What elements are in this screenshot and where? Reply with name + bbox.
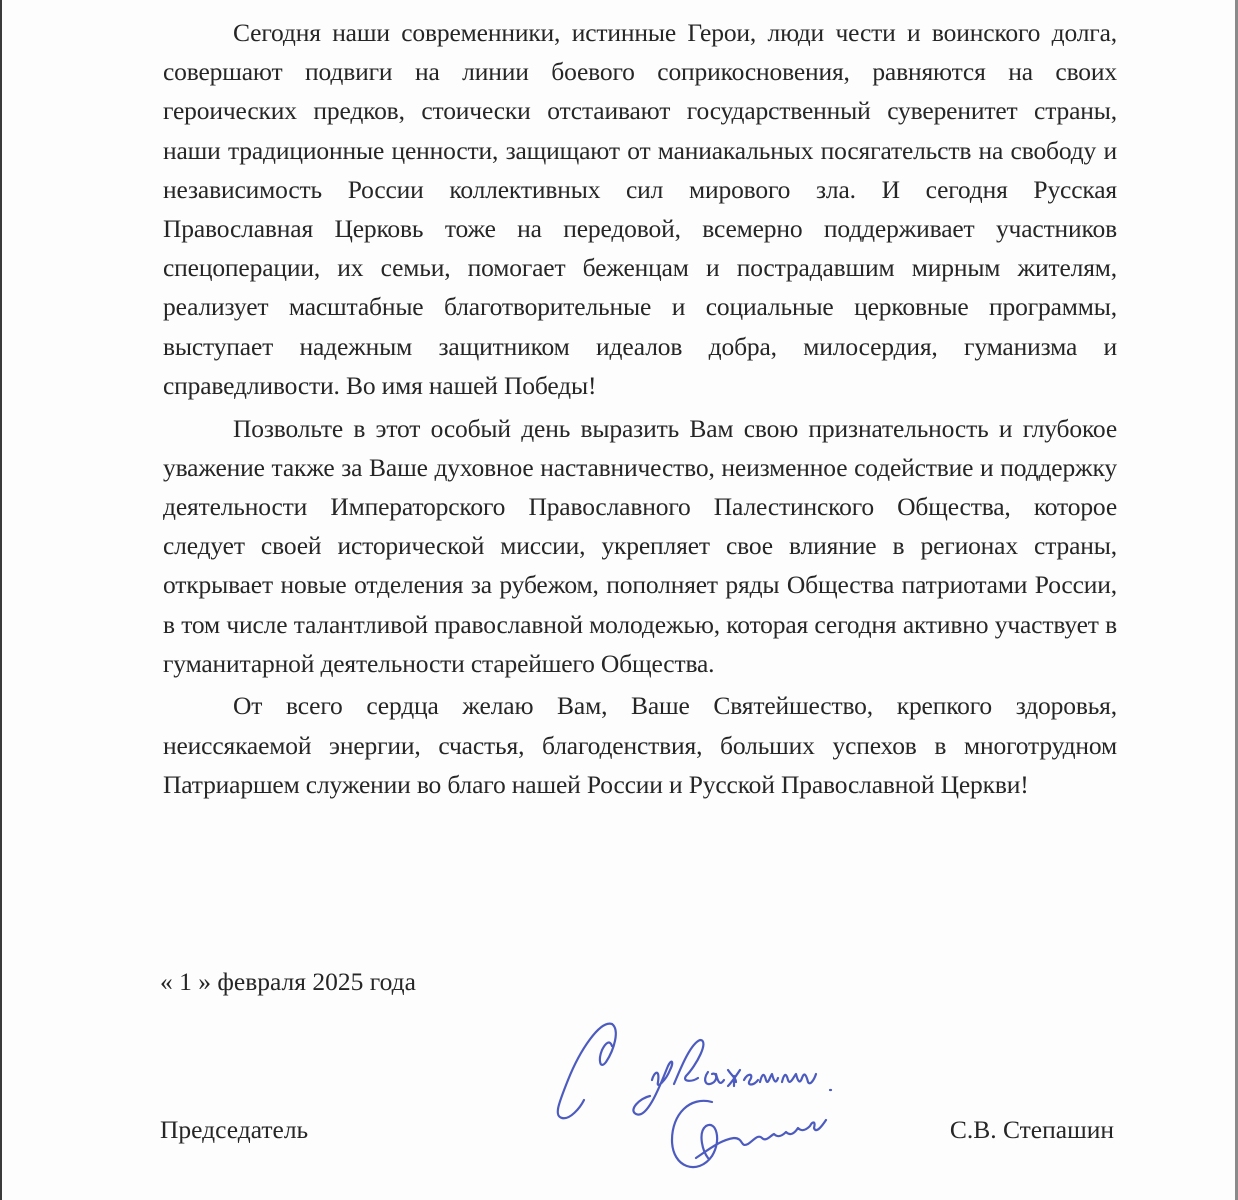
signer-name: С.В. Степашин bbox=[950, 1110, 1114, 1149]
page-edge-left bbox=[0, 0, 2, 1200]
paragraph-wishes: От всего сердца желаю Вам, Ваше Святейше… bbox=[163, 686, 1117, 804]
signature-row: Председатель С.В. Степашин bbox=[160, 1110, 1114, 1149]
letter-body: Сегодня наши современники, истинные Геро… bbox=[163, 13, 1117, 808]
paragraph-gratitude: Позвольте в этот особый день выразить Ва… bbox=[163, 409, 1117, 683]
document-page: Сегодня наши современники, истинные Геро… bbox=[0, 0, 1235, 1200]
signer-position: Председатель bbox=[160, 1110, 308, 1149]
handwritten-signature bbox=[540, 1010, 880, 1180]
paragraph-heroes: Сегодня наши современники, истинные Геро… bbox=[163, 13, 1117, 405]
signature-ink-icon bbox=[540, 1010, 880, 1180]
letter-date: « 1 » февраля 2025 года bbox=[160, 962, 416, 1001]
